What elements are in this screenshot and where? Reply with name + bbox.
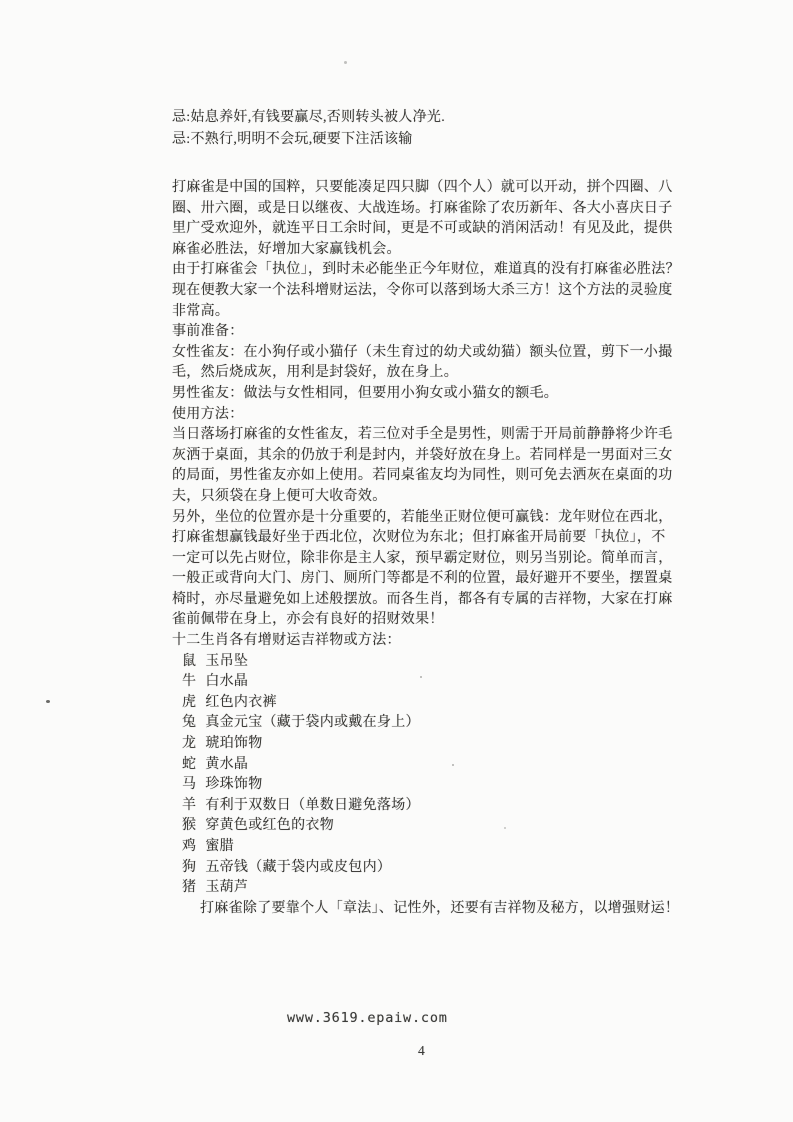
text-line: 雀前佩带在身上，亦会有良好的招财效果！ bbox=[172, 610, 677, 631]
zodiac-row: 虎红色内衣裤 bbox=[172, 693, 677, 714]
text-line: 灰洒于桌面，其余的仍放于利是封内，并袋好放在身上。若同样是一男面对三女 bbox=[172, 446, 677, 467]
preparation-heading: 事前准备： bbox=[172, 322, 677, 343]
page-number: 4 bbox=[418, 1043, 425, 1059]
scan-speck bbox=[344, 61, 347, 64]
section-gap bbox=[172, 151, 677, 178]
text-line: 的局面，男性雀友亦如上使用。若同桌雀友均为同性，则可免去洒灰在桌面的功 bbox=[172, 466, 677, 487]
zodiac-row: 鼠玉吊坠 bbox=[172, 652, 677, 673]
text-line: 现在便教大家一个法科增财运法，令你可以落到场大杀三方！这个方法的灵验度 bbox=[172, 281, 677, 302]
male-preparation: 男性雀友：做法与女性相同，但要用小狗女或小猫女的额毛。 bbox=[172, 384, 677, 405]
secret-method-paragraph: 由于打麻雀会「执位」，到时未必能坐正今年财位，难道真的没有打麻雀必胜法？ 现在便… bbox=[172, 260, 677, 322]
zodiac-item: 有利于双数日（单数日避免落场） bbox=[205, 798, 420, 813]
zodiac-row: 牛白水晶 bbox=[172, 672, 677, 693]
usage-heading: 使用方法： bbox=[172, 405, 677, 426]
zodiac-animal: 蛇 bbox=[182, 755, 196, 776]
zodiac-animal: 虎 bbox=[182, 693, 196, 714]
zodiac-item: 玉葫芦 bbox=[205, 880, 248, 895]
zodiac-row: 羊有利于双数日（单数日避免落场） bbox=[172, 796, 677, 817]
zodiac-row: 狗五帝钱（藏于袋内或皮包内） bbox=[172, 858, 677, 879]
text-line: 麻雀必胜法，好增加大家赢钱机会。 bbox=[172, 240, 677, 261]
footer-website: www.3619.epaiw.com bbox=[287, 1010, 448, 1026]
zodiac-animal: 鸡 bbox=[182, 837, 196, 858]
text-line: 当日落场打麻雀的女性雀友，若三位对手全是男性，则需于开局前静静将少许毛 bbox=[172, 425, 677, 446]
zodiac-row: 鸡蜜腊 bbox=[172, 837, 677, 858]
zodiac-animal: 羊 bbox=[182, 796, 196, 817]
text-line: 圈、卅六圈，或是日以继夜、大战连场。打麻雀除了农历新年、各大小喜庆日子 bbox=[172, 199, 677, 220]
zodiac-animal: 龙 bbox=[182, 734, 196, 755]
text-line: 非常高。 bbox=[172, 302, 677, 323]
zodiac-item: 琥珀饰物 bbox=[205, 736, 262, 751]
zodiac-animal: 猪 bbox=[182, 878, 196, 899]
zodiac-heading: 十二生肖各有增财运吉祥物或方法： bbox=[172, 631, 677, 652]
text-line: 夫，只须袋在身上便可大收奇效。 bbox=[172, 487, 677, 508]
zodiac-item: 玉吊坠 bbox=[205, 654, 248, 669]
zodiac-list: 鼠玉吊坠 牛白水晶 虎红色内衣裤 兔真金元宝（藏于袋内或戴在身上） 龙琥珀饰物 … bbox=[172, 652, 677, 899]
zodiac-row: 猪玉葫芦 bbox=[172, 878, 677, 899]
zodiac-animal: 马 bbox=[182, 775, 196, 796]
taboo-section: 忌:姑息养奸,有钱要赢尽,否则转头被人净光. 忌:不熟行,明明不会玩,硬要下注活… bbox=[172, 107, 677, 151]
zodiac-item: 真金元宝（藏于袋内或戴在身上） bbox=[205, 715, 420, 730]
text-line: 另外，坐位的位置亦是十分重要的，若能坐正财位便可赢钱：龙年财位在西北， bbox=[172, 508, 677, 529]
text-line: 里广受欢迎外，就连平日工余时间，更是不可或缺的消闲活动！有见及此，提供 bbox=[172, 219, 677, 240]
zodiac-item: 穿黄色或红色的衣物 bbox=[205, 818, 334, 833]
scan-speck bbox=[46, 700, 50, 703]
text-line: 打麻雀想赢钱最好坐于西北位，次财位为东北；但打麻雀开局前要「执位」，不 bbox=[172, 528, 677, 549]
zodiac-item: 五帝钱（藏于袋内或皮包内） bbox=[205, 860, 391, 875]
female-preparation: 女性雀友：在小狗仔或小猫仔（未生育过的幼犬或幼猫）额头位置，剪下一小撮 毛，然后… bbox=[172, 343, 677, 384]
scan-speck bbox=[452, 764, 454, 766]
text-line: 打麻雀是中国的国粹，只要能凑足四只脚（四个人）就可以开动，拼个四圈、八 bbox=[172, 178, 677, 199]
taboo-line: 忌:不熟行,明明不会玩,硬要下注活该输 bbox=[172, 129, 677, 151]
zodiac-animal: 牛 bbox=[182, 672, 196, 693]
zodiac-animal: 鼠 bbox=[182, 652, 196, 673]
text-line: 一般正或背向大门、房门、厕所门等都是不利的位置，最好避开不要坐，摆置桌 bbox=[172, 569, 677, 590]
taboo-line: 忌:姑息养奸,有钱要赢尽,否则转头被人净光. bbox=[172, 107, 677, 129]
zodiac-row: 蛇黄水晶 bbox=[172, 755, 677, 776]
scanned-page: 忌:姑息养奸,有钱要赢尽,否则转头被人净光. 忌:不熟行,明明不会玩,硬要下注活… bbox=[0, 0, 793, 1122]
zodiac-row: 兔真金元宝（藏于袋内或戴在身上） bbox=[172, 713, 677, 734]
zodiac-item: 白水晶 bbox=[205, 674, 248, 689]
zodiac-row: 马珍珠饰物 bbox=[172, 775, 677, 796]
zodiac-row: 猴穿黄色或红色的衣物 bbox=[172, 816, 677, 837]
usage-paragraph: 当日落场打麻雀的女性雀友，若三位对手全是男性，则需于开局前静静将少许毛 灰洒于桌… bbox=[172, 425, 677, 507]
zodiac-item: 珍珠饰物 bbox=[205, 777, 262, 792]
zodiac-animal: 兔 bbox=[182, 713, 196, 734]
document-body: 忌:姑息养奸,有钱要赢尽,否则转头被人净光. 忌:不熟行,明明不会玩,硬要下注活… bbox=[172, 107, 677, 919]
zodiac-animal: 猴 bbox=[182, 816, 196, 837]
intro-paragraph: 打麻雀是中国的国粹，只要能凑足四只脚（四个人）就可以开动，拼个四圈、八 圈、卅六… bbox=[172, 178, 677, 260]
zodiac-item: 红色内衣裤 bbox=[205, 695, 277, 710]
text-line: 女性雀友：在小狗仔或小猫仔（未生育过的幼犬或幼猫）额头位置，剪下一小撮 bbox=[172, 343, 677, 364]
zodiac-row: 龙琥珀饰物 bbox=[172, 734, 677, 755]
zodiac-item: 黄水晶 bbox=[205, 757, 248, 772]
text-line: 椅时，亦尽量避免如上述般摆放。而各生肖，都各有专属的吉祥物，大家在打麻 bbox=[172, 590, 677, 611]
text-line: 毛，然后烧成灰，用利是封袋好，放在身上。 bbox=[172, 363, 677, 384]
zodiac-item: 蜜腊 bbox=[205, 839, 234, 854]
seating-paragraph: 另外，坐位的位置亦是十分重要的，若能坐正财位便可赢钱：龙年财位在西北， 打麻雀想… bbox=[172, 508, 677, 632]
closing-line: 打麻雀除了要靠个人「章法」、记性外，还要有吉祥物及秘方，以增强财运！ bbox=[172, 899, 677, 920]
scan-speck bbox=[420, 676, 422, 678]
text-line: 一定可以先占财位，除非你是主人家，预早霸定财位，则另当别论。简单而言， bbox=[172, 549, 677, 570]
zodiac-animal: 狗 bbox=[182, 858, 196, 879]
text-line: 由于打麻雀会「执位」，到时未必能坐正今年财位，难道真的没有打麻雀必胜法？ bbox=[172, 260, 677, 281]
scan-speck bbox=[504, 827, 506, 829]
